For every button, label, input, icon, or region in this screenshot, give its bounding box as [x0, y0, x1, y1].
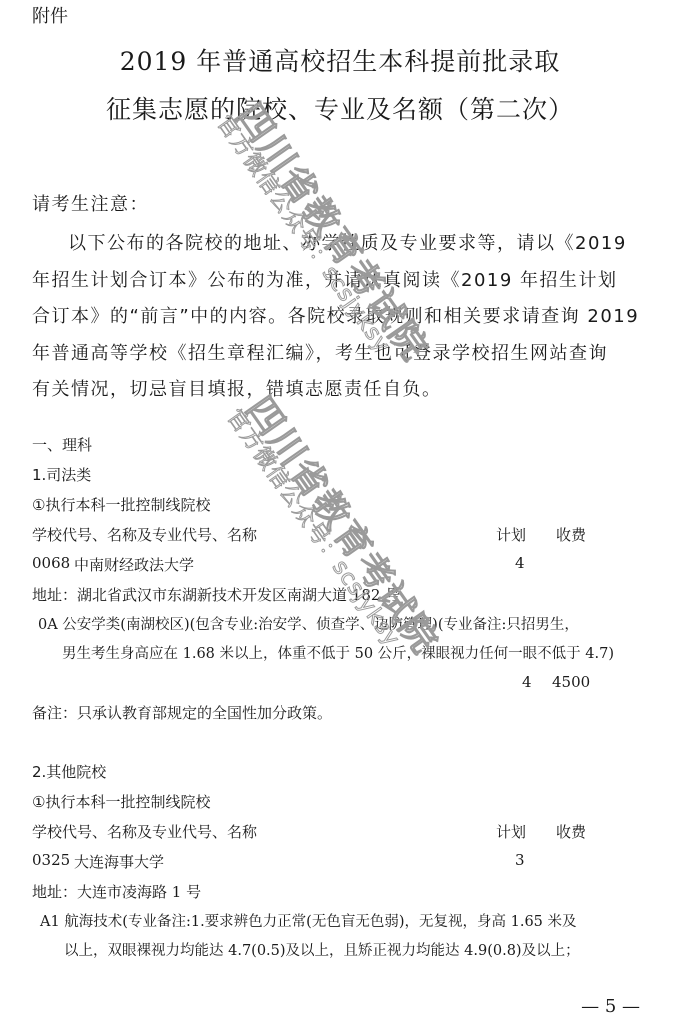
- notice-line: 以下公布的各院校的地址、办学性质及专业要求等，请以《2019: [68, 229, 627, 255]
- column-header-fee: 收费: [556, 821, 586, 842]
- page-number: — 5 —: [581, 996, 640, 1017]
- notice-line: 有关情况，切忌盲目填报，错填志愿责任自负。: [32, 375, 442, 401]
- remark: 备注：只承认教育部规定的全国性加分政策。: [32, 702, 332, 723]
- attachment-label: 附件: [32, 2, 68, 28]
- group-title: 1.司法类: [32, 464, 91, 485]
- major-fee: 4500: [552, 673, 590, 691]
- school-code: 0325: [32, 851, 70, 869]
- school-name: 大连海事大学: [74, 851, 164, 872]
- school-plan: 4: [515, 554, 525, 572]
- major-plan: 4: [522, 673, 532, 691]
- page-title-line2: 征集志愿的院校、专业及名额（第二次）: [0, 90, 680, 126]
- notice-line: 年普通高等学校《招生章程汇编》，考生也可登录学校招生网站查询: [32, 339, 608, 365]
- notice-line: 年招生计划合订本》公布的为准，并请认真阅读《2019 年招生计划: [32, 266, 618, 292]
- notice-heading: 请考生注意：: [32, 190, 149, 216]
- school-address: 地址：大连市凌海路 1 号: [32, 881, 201, 902]
- column-header-plan: 计划: [496, 821, 526, 842]
- major-line: 0A 公安学类(南湖校区)(包含专业:治安学、侦查学、边防管理)(专业备注:只招…: [38, 613, 579, 634]
- school-address: 地址：湖北省武汉市东湖新技术开发区南湖大道 182 号: [32, 584, 400, 605]
- major-line: A1 航海技术(专业备注:1.要求辨色力正常(无色盲无色弱)，无复视，身高 1.…: [40, 910, 577, 931]
- major-line: 男生考生身高应在 1.68 米以上，体重不低于 50 公斤，裸眼视力任何一眼不低…: [62, 642, 614, 663]
- group-subtitle: ①执行本科一批控制线院校: [32, 791, 210, 812]
- group-subtitle: ①执行本科一批控制线院校: [32, 494, 210, 515]
- notice-line: 合订本》的“前言”中的内容。各院校录取规则和相关要求请查询 2019: [32, 302, 639, 328]
- school-plan: 3: [515, 851, 525, 869]
- column-header-name: 学校代号、名称及专业代号、名称: [32, 821, 257, 842]
- group-title: 2.其他院校: [32, 761, 106, 782]
- school-code: 0068: [32, 554, 70, 572]
- column-header-fee: 收费: [556, 524, 586, 545]
- school-name: 中南财经政法大学: [74, 554, 194, 575]
- column-header-name: 学校代号、名称及专业代号、名称: [32, 524, 257, 545]
- column-header-plan: 计划: [496, 524, 526, 545]
- page-title-line1: 2019 年普通高校招生本科提前批录取: [0, 42, 680, 78]
- section-heading: 一、理科: [32, 434, 92, 455]
- major-line: 以上，双眼裸视力均能达 4.7(0.5)及以上，且矫正视力均能达 4.9(0.8…: [64, 939, 580, 960]
